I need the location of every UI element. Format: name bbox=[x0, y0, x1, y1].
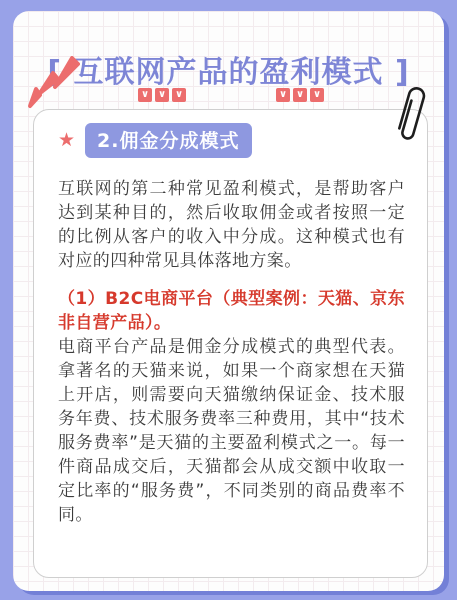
chevron-down-icons-left: ∨ ∨ ∨ bbox=[138, 88, 186, 102]
section-badge: 2.佣金分成模式 bbox=[85, 123, 251, 158]
section-header: ★ 2.佣金分成模式 bbox=[58, 123, 405, 158]
subheading-b2c: （1）B2C电商平台（典型案例：天猫、京东非自营产品）。 bbox=[58, 287, 405, 335]
chevron-down-icon: ∨ bbox=[155, 88, 169, 102]
chevron-down-icon: ∨ bbox=[276, 88, 290, 102]
star-icon: ★ bbox=[58, 131, 75, 150]
speed-lines-icon bbox=[26, 56, 80, 110]
chevron-down-icon: ∨ bbox=[310, 88, 324, 102]
outer-card: [ 互联网产品的盈利模式 ] ∨ ∨ ∨ ∨ ∨ ∨ ★ 2.佣金分成模式 互联… bbox=[13, 11, 444, 591]
chevron-down-icons-right: ∨ ∨ ∨ bbox=[276, 88, 324, 102]
paragraph-detail: 电商平台产品是佣金分成模式的典型代表。拿著名的天猫来说，如果一个商家想在天猫上开… bbox=[58, 335, 405, 527]
chevron-down-icon: ∨ bbox=[138, 88, 152, 102]
chevron-down-icon: ∨ bbox=[293, 88, 307, 102]
content-card: ★ 2.佣金分成模式 互联网的第二种常见盈利模式，是帮助客户达到某种目的，然后收… bbox=[33, 109, 428, 578]
paragraph-intro: 互联网的第二种常见盈利模式，是帮助客户达到某种目的，然后收取佣金或者按照一定的比… bbox=[58, 177, 405, 273]
infographic-page: { "colors": { "background_purple": "#98a… bbox=[0, 0, 457, 600]
chevron-down-icon: ∨ bbox=[172, 88, 186, 102]
